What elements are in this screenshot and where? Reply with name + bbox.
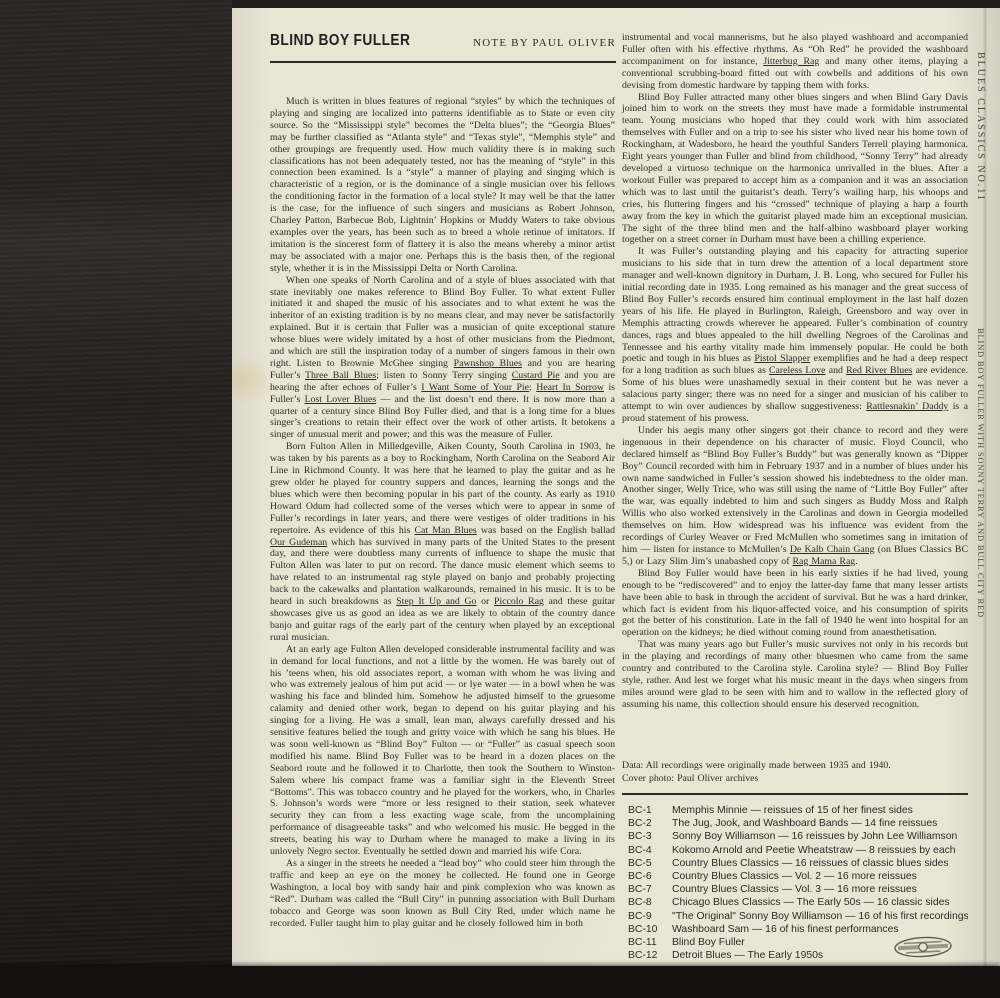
- note-credit: NOTE BY PAUL OLIVER: [473, 37, 616, 49]
- catalog-number: BC-6: [628, 870, 672, 883]
- catalog-description: "The Original" Sonny Boy Williamson — 16…: [672, 910, 968, 923]
- catalog-row: BC-5Country Blues Classics — 16 reissues…: [628, 857, 968, 870]
- data-line: Data: All recordings were originally mad…: [622, 760, 968, 773]
- catalog-row: BC-6Country Blues Classics — Vol. 2 — 16…: [628, 870, 968, 883]
- catalog-number: BC-7: [628, 883, 672, 896]
- catalog-description: Kokomo Arnold and Peetie Wheatstraw — 8 …: [672, 844, 968, 857]
- catalog-row: BC-9"The Original" Sonny Boy Williamson …: [628, 910, 968, 923]
- catalog-number: BC-12: [628, 949, 672, 962]
- catalog-description: Chicago Blues Classics — The Early 50s —…: [672, 896, 968, 909]
- paragraph: That was many years ago but Fuller’s mus…: [622, 639, 968, 710]
- catalog-number: BC-5: [628, 857, 672, 870]
- catalog-number: BC-8: [628, 896, 672, 909]
- catalog-divider: [622, 793, 968, 795]
- paragraph: instrumental and vocal mannerisms, but h…: [622, 32, 968, 92]
- spine-text-artist: BLIND BOY FULLER WITH SONNY TERRY AND BU…: [976, 328, 986, 618]
- catalog-number: BC-11: [628, 936, 672, 949]
- spine-text-series: BLUES CLASSICS NO.11: [975, 52, 986, 202]
- paragraph: At an early age Fulton Allen developed c…: [270, 644, 615, 858]
- liner-notes-right-column: instrumental and vocal mannerisms, but h…: [622, 32, 968, 711]
- footer-block: Data: All recordings were originally mad…: [622, 760, 968, 962]
- title-divider: [270, 61, 616, 63]
- catalog-description: Country Blues Classics — 16 reissues of …: [672, 857, 968, 870]
- album-back-cover: BLIND BOY FULLER NOTE BY PAUL OLIVER Muc…: [0, 0, 1000, 998]
- printers-union-stamp-icon: [891, 933, 954, 962]
- cover-photo-line: Cover photo: Paul Oliver archives: [622, 773, 968, 786]
- paragraph: Under his aegis many other singers got t…: [622, 425, 968, 568]
- catalog-row: BC-8Chicago Blues Classics — The Early 5…: [628, 896, 968, 909]
- catalog-list: BC-1Memphis Minnie — reissues of 15 of h…: [622, 804, 968, 962]
- catalog-description: The Jug, Jook, and Washboard Bands — 14 …: [672, 817, 968, 830]
- paragraph: Blind Boy Fuller attracted many other bl…: [622, 92, 968, 247]
- paragraph: As a singer in the streets he needed a “…: [270, 858, 615, 929]
- paragraph: It was Fuller’s outstanding playing and …: [622, 246, 968, 425]
- catalog-description: Country Blues Classics — Vol. 2 — 16 mor…: [672, 870, 968, 883]
- catalog-row: BC-1Memphis Minnie — reissues of 15 of h…: [628, 804, 968, 817]
- catalog-description: Country Blues Classics — Vol. 3 — 16 mor…: [672, 883, 968, 896]
- catalog-description: Memphis Minnie — reissues of 15 of her f…: [672, 804, 968, 817]
- paragraph: Blind Boy Fuller would have been in his …: [622, 568, 968, 639]
- catalog-description: Sonny Boy Williamson — 16 reissues by Jo…: [672, 830, 968, 843]
- catalog-row: BC-4Kokomo Arnold and Peetie Wheatstraw …: [628, 844, 968, 857]
- bottom-shadow-bar: [0, 966, 1000, 998]
- liner-notes-paper: BLIND BOY FULLER NOTE BY PAUL OLIVER Muc…: [232, 8, 1000, 966]
- header: BLIND BOY FULLER NOTE BY PAUL OLIVER: [270, 32, 616, 63]
- catalog-row: BC-7Country Blues Classics — Vol. 3 — 16…: [628, 883, 968, 896]
- record-sleeve-edge: [0, 0, 232, 998]
- paragraph: Born Fulton Allen in Milledgeville, Aike…: [270, 441, 615, 643]
- paragraph: Much is written in blues features of reg…: [270, 96, 615, 275]
- catalog-number: BC-1: [628, 804, 672, 817]
- catalog-row: BC-3Sonny Boy Williamson — 16 reissues b…: [628, 830, 968, 843]
- credits: Data: All recordings were originally mad…: [622, 760, 968, 785]
- paragraph: When one speaks of North Carolina and of…: [270, 275, 615, 442]
- catalog-number: BC-10: [628, 923, 672, 936]
- catalog-number: BC-3: [628, 830, 672, 843]
- catalog-row: BC-2The Jug, Jook, and Washboard Bands —…: [628, 817, 968, 830]
- liner-notes-left-column: Much is written in blues features of reg…: [270, 96, 615, 929]
- catalog-number: BC-9: [628, 910, 672, 923]
- catalog-number: BC-2: [628, 817, 672, 830]
- catalog-number: BC-4: [628, 844, 672, 857]
